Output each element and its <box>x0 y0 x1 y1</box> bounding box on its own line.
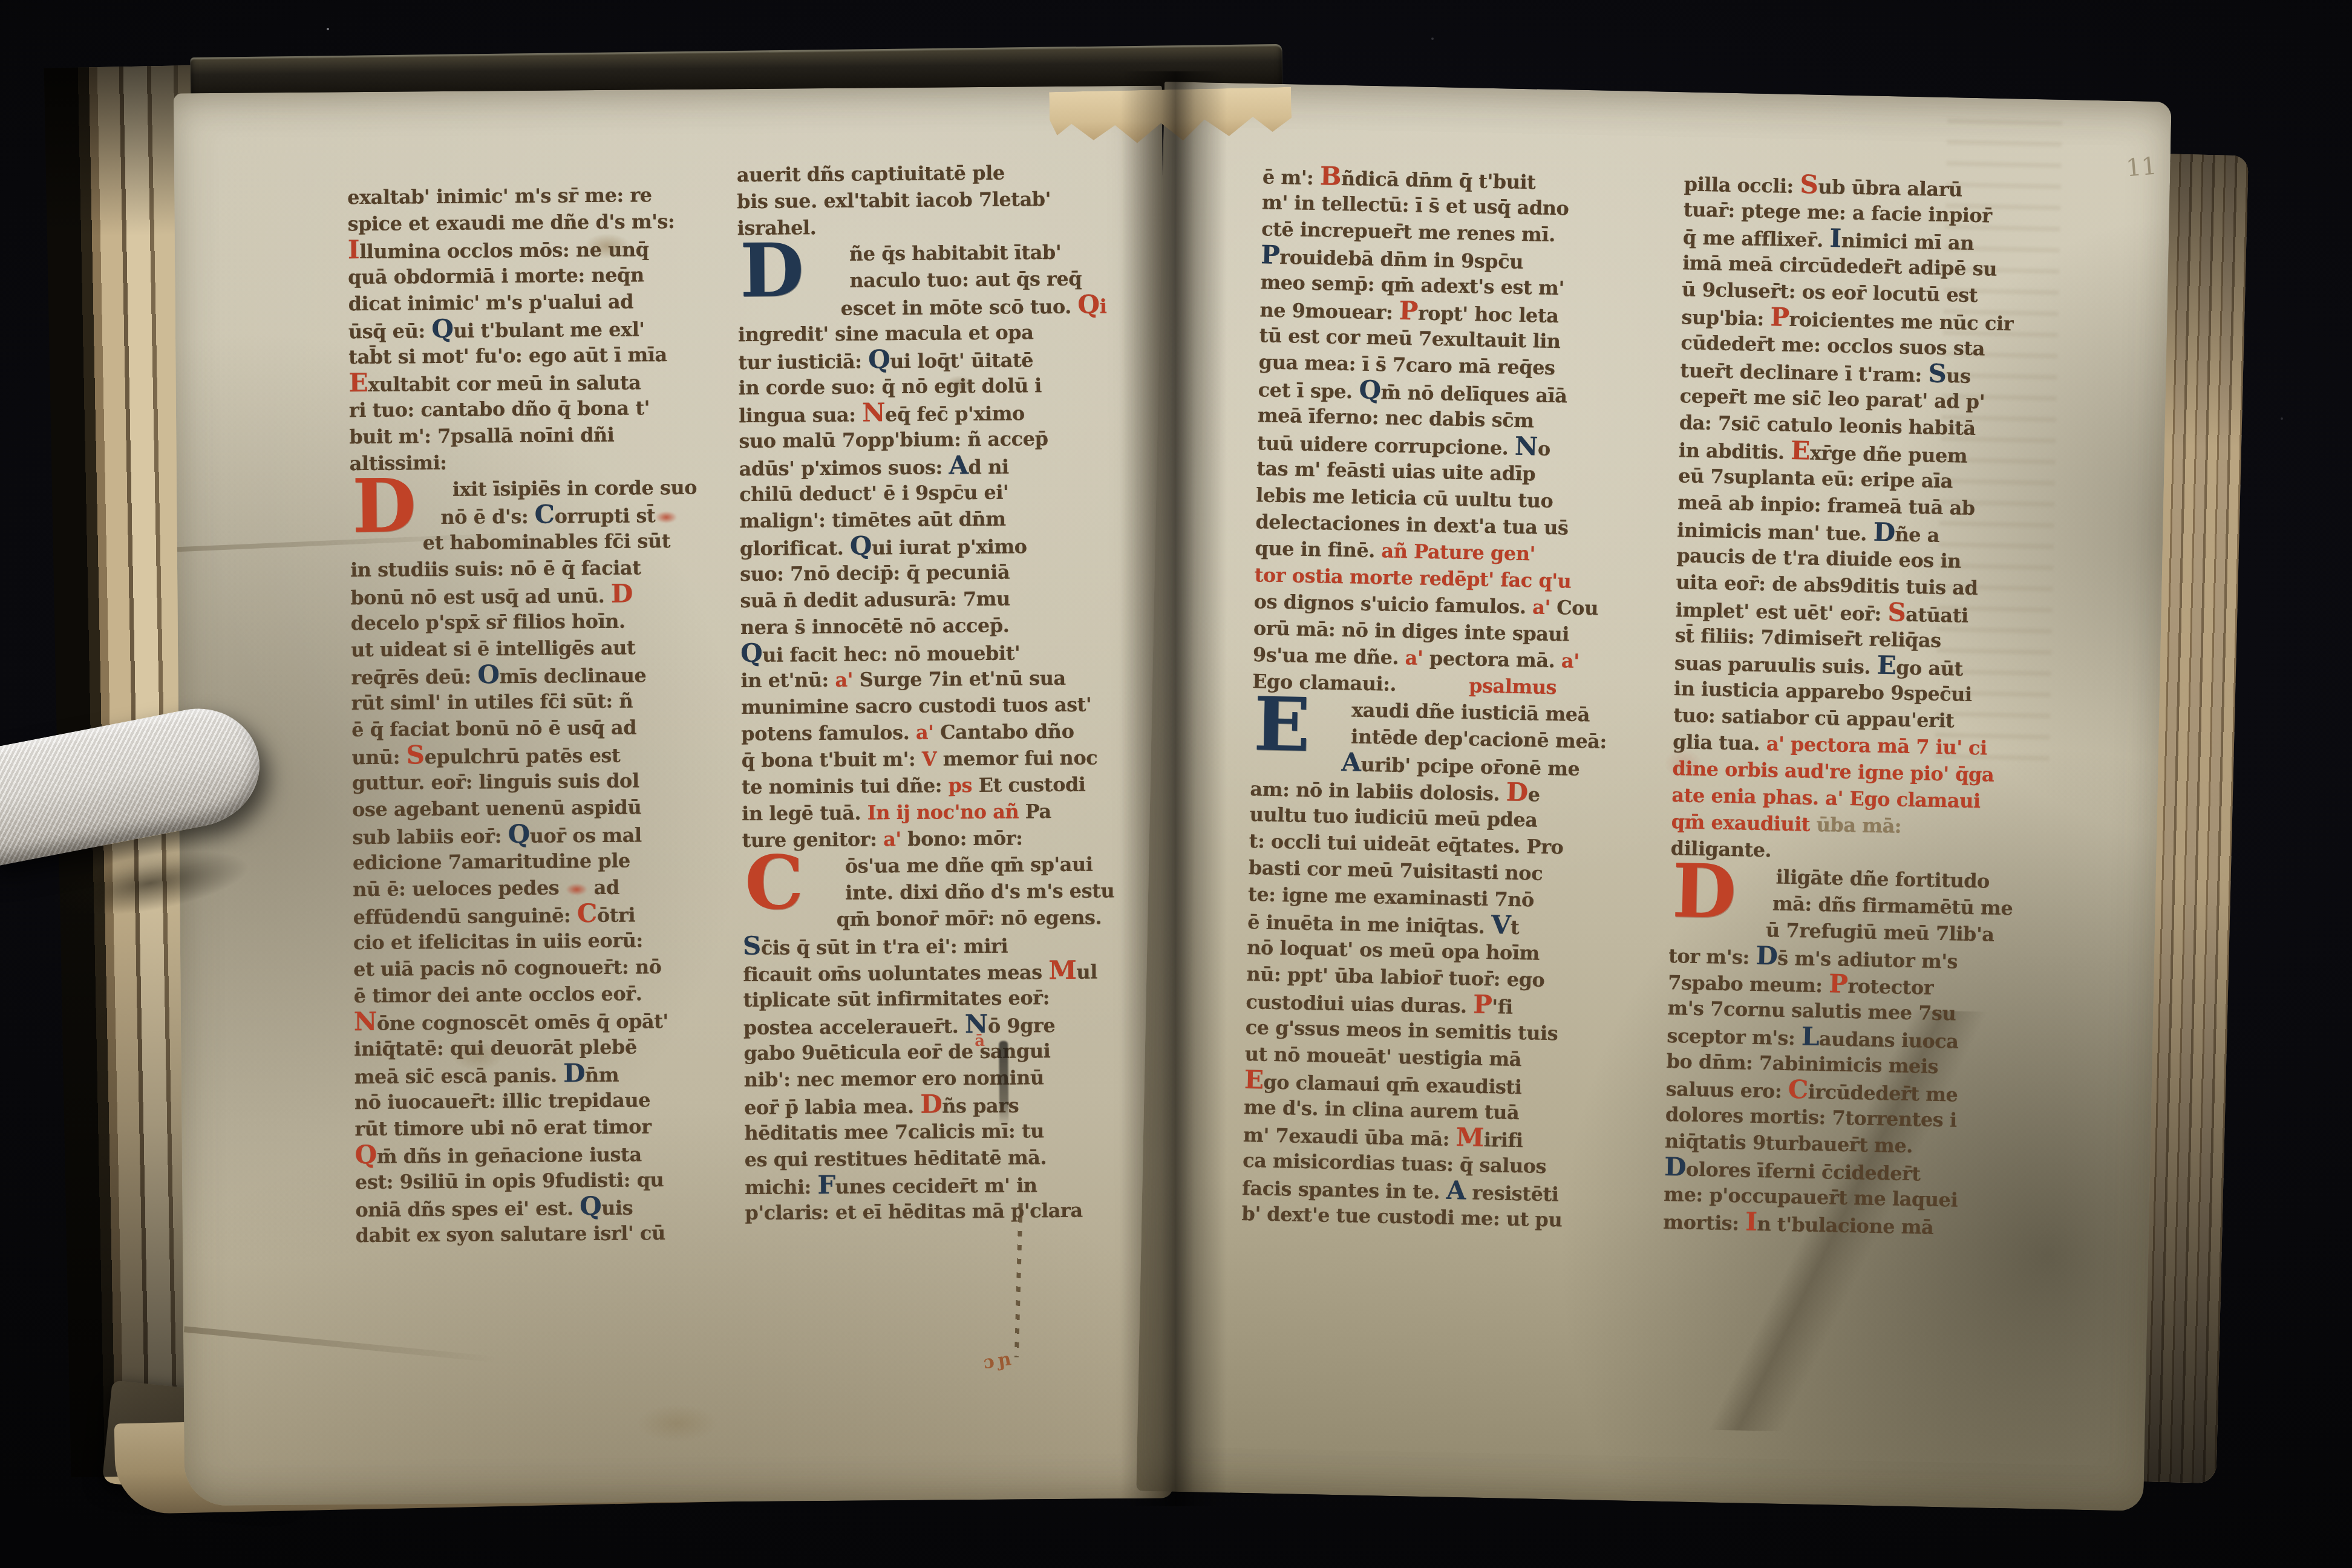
text-line: ingredit' sine macula et opa <box>738 318 1101 348</box>
text-run: d ni <box>968 456 1008 479</box>
right-page-column-1: Eē m': Bñdicā dn̄m q̄ t'buitm' in tellec… <box>1241 162 1632 1234</box>
text-run: I <box>348 235 360 264</box>
text-run: Cou <box>1557 596 1598 619</box>
text-run: ūsq̄ eū: <box>348 319 432 343</box>
text-run: t: occli tui uideāt eq̄tates. Pro <box>1249 829 1563 858</box>
text-run: saluus ero: <box>1665 1077 1788 1103</box>
text-run: tas m' feāsti uias uite adīp <box>1256 457 1536 485</box>
text-run: S <box>407 740 425 769</box>
text-run: buit m': 7psallā noīni dñi <box>349 423 614 448</box>
text-line: in corde suo: q̄ nō egit dolū i <box>739 371 1102 401</box>
text-run: B <box>1320 161 1342 191</box>
text-run: I <box>1745 1207 1757 1236</box>
text-run: ui t'bulant me exl' <box>453 318 644 342</box>
text-line: Illumina occlos mōs: ne unq̄ <box>348 235 699 264</box>
text-run: suo: 7nō decip̄: q̄ pecuniā <box>740 561 1010 586</box>
text-run: mīs declinaue <box>499 664 646 688</box>
text-run: audans iuoca <box>1819 1027 1959 1053</box>
text-run: cūdeder̄t me: occlos suos sta <box>1681 331 1985 360</box>
text-run: te: igne me examinasti 7nō <box>1248 883 1535 911</box>
text-run: ē timor dei ante occlos eor̄. <box>353 982 642 1007</box>
illuminated-initial-D: D <box>740 236 804 304</box>
text-run: bonū nō est usq̄ ad unū. <box>350 584 611 609</box>
text-run: S <box>1800 169 1818 200</box>
text-run: xultabit cor meū in saluta <box>368 371 641 396</box>
text-run: E <box>1244 1065 1263 1095</box>
text-run: escet in mōte scō tuo. <box>841 295 1078 320</box>
text-line: req̄rēs deū: Omīs declinaue <box>351 661 702 690</box>
text-run: q̄ me afflixer̄. <box>1683 226 1830 252</box>
text-run: ōtri <box>597 904 635 927</box>
text-line: dabit ex syon salutare isrl' cū <box>356 1220 707 1249</box>
text-run: tor m's: <box>1668 944 1756 969</box>
text-run: rotector <box>1847 975 1934 999</box>
text-line: suā n̄ dedit adusurā: 7mu <box>740 584 1103 614</box>
text-line: rūt timore ubi nō erat timor <box>354 1113 705 1143</box>
text-run: eor̄ p̄ labia mea. <box>744 1095 921 1119</box>
text-run: me d's. in clina aurem tuā <box>1244 1096 1520 1124</box>
text-run: naculo tuo: aut q̄s req̄ <box>849 267 1082 292</box>
text-run: M <box>1048 955 1076 985</box>
text-line: munimine sacro custodi tuos ast' <box>741 691 1104 720</box>
text-run: rūt timore ubi nō erat timor <box>354 1115 651 1140</box>
text-line: effūdendū sanguinē: Cōtri <box>353 900 704 930</box>
text-run: ū 7refugiū meū 7lib'a <box>1766 918 1994 946</box>
margin-red-mark: ā <box>975 1032 985 1050</box>
text-run: uita eor̄: de abs9ditis tuis ad <box>1676 570 1978 599</box>
text-line: lingua sua: Neq̄ fec̄ p'ximo <box>739 398 1102 428</box>
text-run: ceper̄t me sic̄ leo parat' ad p' <box>1679 384 1985 413</box>
text-run: tiplicate sūt infirmitates eor̄: <box>743 986 1050 1011</box>
left-page: Dexaltab' inimic' m's sr̄ me: respice et… <box>174 86 1173 1506</box>
text-run: nū ē: ueloces pedes <box>353 876 566 901</box>
text-line: potens famulos. a' Cantabo dño <box>741 717 1104 747</box>
text-run: tab̄t si mot' fu'o: ego aūt ī mīa <box>348 343 667 368</box>
text-run: ui iurat p'ximo <box>872 535 1027 559</box>
text-run: a' <box>1405 646 1429 670</box>
text-run: nō loquat' os meū opa hoīm <box>1247 936 1540 965</box>
text-line: malign': timētes aūt dn̄m <box>739 505 1102 534</box>
text-run: D <box>1873 517 1895 547</box>
text-run: ropt' hoc leta <box>1418 301 1559 327</box>
text-run: F <box>817 1170 835 1200</box>
text-run: oniā dñs spes ei' est. <box>355 1197 580 1221</box>
text-run: nū: ppt' ūba labior̄ tuor̄: ego <box>1246 962 1545 991</box>
text-run: ixit īsipiēs in corde suo <box>452 476 697 501</box>
text-run: ē inuēta in me iniq̄tas. <box>1247 910 1492 938</box>
text-run: lingua sua: <box>739 403 862 428</box>
text-run: P <box>1770 302 1789 332</box>
text-run: orū mā: nō in diges inte spaui <box>1253 616 1570 645</box>
text-run: V <box>922 747 943 770</box>
text-run: Et custodi <box>979 773 1086 797</box>
text-run: a' <box>1532 595 1557 619</box>
text-line: tiplicate sūt infirmitates eor̄: <box>743 984 1106 1013</box>
text-run: olores īferni c̄cideder̄t <box>1686 1158 1921 1186</box>
text-run: suas paruulis suis. <box>1674 652 1877 679</box>
text-run: bono: mōr: <box>907 826 1022 850</box>
text-run: m' 7exaudi ūba mā: <box>1243 1123 1456 1151</box>
right-page-column-2: Dpilla occli: Sub ūbra alarūtuar̄: ptege… <box>1663 169 2059 1241</box>
text-run: P <box>1261 240 1280 270</box>
text-run: ōne cognoscēt omēs q̄ opāt' <box>377 1010 668 1035</box>
text-run: nera s̄ innocētē nō accep̄. <box>740 614 1010 639</box>
text-run: D <box>611 579 633 609</box>
text-run: ō 9gre <box>988 1014 1056 1037</box>
text-run: que in finē. <box>1255 537 1382 562</box>
text-run: ē q̄ faciat bonū nō ē usq̄ ad <box>351 716 636 741</box>
text-line: iniq̄tatē: qui deuorāt plebē <box>354 1033 705 1063</box>
text-line: dicat inimic' m's p'ualui ad <box>348 288 699 318</box>
text-run: exaltab' inimic' m's sr̄ me: re <box>347 183 652 209</box>
text-run: A <box>1341 747 1361 777</box>
text-run: st̄ filiis: 7dimiser̄t reliq̄as <box>1674 624 1941 652</box>
text-run: ut nō moueāt' uestigia mā <box>1244 1042 1521 1071</box>
text-run: epulchrū patēs est <box>424 744 620 769</box>
text-run: C <box>535 500 555 529</box>
text-run: orrupti st̄ <box>555 504 656 528</box>
text-run: et uiā pacis nō cognouer̄t: nō <box>353 955 662 981</box>
text-run: N <box>862 397 885 427</box>
text-run: suā n̄ dedit adusurā: 7mu <box>740 587 1010 613</box>
text-run: in studiis suis: nō ē q̄ faciat <box>350 556 641 581</box>
text-run: ñdicā dn̄m q̄ t'buit <box>1341 167 1536 194</box>
text-run: Q <box>508 819 529 849</box>
text-run: ce g'ssus meos in semitis tuis <box>1245 1016 1558 1045</box>
text-run: adūs' p'ximos suos: <box>739 456 949 480</box>
text-run: i <box>1099 295 1106 318</box>
text-run: meā ab inpio: frameā tuā ab <box>1677 491 1975 520</box>
text-run: effūdendū sanguinē: <box>353 904 577 929</box>
text-line: ose agebant uenenū aspidū <box>352 794 703 823</box>
text-run: cet ī spe. <box>1258 378 1359 403</box>
text-run: quā obdormiā i morte: neq̄n <box>348 263 644 289</box>
text-line: in et'nū: a' Surge 7in et'nū sua <box>740 664 1103 694</box>
text-run: in iusticia apparebo 9spec̄ui <box>1674 677 1972 706</box>
text-run <box>1396 691 1469 692</box>
margin-ink-smudge <box>999 1041 1008 1126</box>
text-run: auerit dñs captiuitatē ple <box>737 162 1005 186</box>
text-run: uor̄ os mal <box>530 823 642 847</box>
text-line: ē q̄ faciat bonū nō ē usq̄ ad <box>351 714 702 743</box>
text-line: auerit dñs captiuitatē ple <box>737 158 1100 188</box>
text-line: suo: 7nō decip̄: q̄ pecuniā <box>740 558 1103 587</box>
text-run: nimici mī an <box>1841 229 1974 255</box>
text-line: michi: Funes cecider̄t m' in <box>745 1170 1108 1200</box>
text-run: rouidebā dn̄m in 9spc̄u <box>1279 246 1523 273</box>
text-run: psalmus <box>1469 674 1557 699</box>
text-run: E <box>1791 436 1810 466</box>
text-run: a' <box>835 668 859 691</box>
text-line: cio et ifelicitas in uiis eorū: <box>353 927 704 956</box>
text-run: S <box>743 931 761 961</box>
text-run: Pa <box>1025 800 1051 823</box>
text-run: Q <box>740 638 762 668</box>
text-line: eor̄ p̄ labia mea. Dñs pars <box>744 1090 1107 1120</box>
text-run: munimine sacro custodi tuos ast' <box>741 693 1092 719</box>
text-run: glorificat. <box>740 537 850 560</box>
text-run: custodiui uias duras. <box>1246 990 1474 1018</box>
text-run: spice et exaudi me dñe d's m's: <box>347 210 675 235</box>
text-run: edicione 7amaritudine ple <box>353 849 630 875</box>
text-run: qm̄ exaudiuit <box>1671 810 1817 836</box>
text-run: I <box>1829 223 1841 253</box>
text-run: os dignos s'uicio famulos. <box>1253 590 1532 618</box>
text-run: atūati <box>1906 603 1968 627</box>
text-line: oniā dñs spes ei' est. Quis <box>355 1193 706 1223</box>
text-run: delectaciones in dext'a tua us̄ <box>1255 510 1569 539</box>
text-line: exaltab' inimic' m's sr̄ me: re <box>347 181 698 211</box>
text-line: te nominis tui dñe: ps Et custodi <box>742 771 1105 800</box>
text-run: O <box>477 659 499 689</box>
dust-speck <box>1431 38 1434 40</box>
text-run: a' <box>883 828 907 851</box>
text-run: D <box>1506 777 1528 808</box>
text-run <box>566 883 587 895</box>
text-line: nū ē: ueloces pedes ad <box>353 874 704 903</box>
text-run <box>655 511 677 523</box>
text-run: In ij noc'no añ <box>867 800 1025 824</box>
text-run: e <box>1527 783 1540 806</box>
text-run: decelo p'spx̄ sr̄ filios hoīn. <box>351 610 626 635</box>
text-line: meā sic̄ escā panis. Dn̄m <box>354 1060 705 1089</box>
text-run: ub ūbra alarū <box>1818 175 1962 201</box>
text-run: xr̄ge dñe puem <box>1809 442 1967 468</box>
text-run: Cantabo dño <box>940 720 1074 744</box>
text-run: D <box>1756 941 1778 971</box>
text-run: uultu tuo iudiciū meū pdea <box>1249 803 1538 832</box>
text-run: cio et ifelicitas in uiis eorū: <box>353 929 643 954</box>
text-run: dabit ex syon salutare isrl' cū <box>356 1221 665 1247</box>
text-run: implet' est uēt' eor̄: <box>1675 598 1887 626</box>
text-run: a' <box>1561 649 1579 673</box>
text-run: in abditis. <box>1679 439 1791 464</box>
text-run: llumina occlos mōs: ne unq̄ <box>359 238 649 263</box>
text-run: bo dn̄m: 7abinimicis meis <box>1666 1050 1938 1078</box>
text-run: ē m': <box>1262 165 1320 189</box>
text-run: est: 9siliū in opis 9fudisti: qu <box>355 1168 664 1194</box>
text-line: glorificat. Qui iurat p'ximo <box>740 531 1103 561</box>
text-run: sceptor m's: <box>1667 1024 1802 1050</box>
text-run: ps <box>949 774 979 797</box>
text-run: in legē tuā. <box>742 801 867 825</box>
text-run: s̄ m's adiutor m's <box>1777 947 1958 973</box>
text-line: ut uideat si ē intelligēs aut <box>351 634 702 664</box>
text-run: ñe q̄s habitabit ītab' <box>849 241 1061 266</box>
text-line: q̄ bona t'buit m': V memor fui noc <box>741 744 1104 774</box>
text-run: meā sic̄ escā panis. <box>354 1063 563 1088</box>
text-run: E <box>1877 650 1896 681</box>
text-run: niq̄tatis 9turbauer̄t me. <box>1665 1129 1913 1157</box>
text-run: ūba mā: <box>1816 813 1901 838</box>
text-line: et uiā pacis nō cognouer̄t: nō <box>353 953 704 983</box>
text-run: m's 7cornu salutis mee 7su <box>1667 996 1956 1025</box>
text-run: N <box>354 1007 377 1036</box>
text-run: ad <box>587 876 619 899</box>
text-run: A <box>949 450 968 480</box>
text-run: us <box>1946 364 1971 388</box>
text-run: ōs'ua me dñe qm̄ sp'aui <box>845 853 1093 878</box>
text-run: S <box>1928 358 1947 388</box>
text-run: P <box>1473 990 1492 1020</box>
text-run: ū 9cluser̄t: os eor̄ locutū est <box>1682 278 1978 307</box>
text-run: sub labiis eor̄: <box>352 825 508 849</box>
text-run: gua mea: ī s̄ 7caro mā req̄es <box>1258 350 1555 379</box>
right-page: 11 Eē m': Bñdicā dn̄m q̄ t'buitm' in tel… <box>1136 82 2171 1511</box>
text-run: ui loq̄t' ūitatē <box>890 348 1033 373</box>
text-run: unes cecider̄t m' in <box>835 1174 1037 1198</box>
text-run: ate enia phas. a' Ego clamaui <box>1671 783 1981 812</box>
text-run: A <box>1446 1175 1466 1206</box>
text-run: ri tuo: cantabo dño q̄ bona t' <box>349 396 650 422</box>
text-line: p'claris: et eī hēditas mā p'clara <box>745 1197 1108 1226</box>
illuminated-initial-C: C <box>745 848 803 916</box>
text-run: ingredit' sine macula et opa <box>738 321 1034 346</box>
text-run: inimicis man' tue. <box>1677 518 1873 546</box>
text-run: L <box>1802 1021 1820 1051</box>
text-run: Q <box>1077 289 1099 319</box>
left-page-column-1: Dexaltab' inimic' m's sr̄ me: respice et… <box>347 181 707 1249</box>
text-run: tuar̄: ptege me: a facie inpior̄ <box>1684 198 1992 227</box>
text-run: suo malū 7opp'bium: ñ accep̄ <box>739 427 1048 452</box>
text-line: guttur. eor̄: linguis suis dol <box>352 767 703 797</box>
text-run: bis sue. exl'tabit iacob 7letab' <box>737 188 1051 213</box>
text-run: o <box>1538 437 1551 460</box>
text-run: pectora mā. <box>1429 647 1562 672</box>
text-run: da: 7sic̄ catulo leonis habitā <box>1679 411 1976 440</box>
text-run: eū 7suplanta eū: eripe aīa <box>1678 464 1953 492</box>
text-line: adūs' p'ximos suos: Ad ni <box>739 451 1102 481</box>
text-run: roicientes me nūc cir <box>1789 308 2013 335</box>
text-run: C <box>1788 1074 1808 1105</box>
text-run: añ Pature gen' <box>1381 539 1535 565</box>
text-run: nō ē d's: <box>440 505 535 529</box>
text-line: unū: Sepulchrū patēs est <box>351 740 702 770</box>
text-run: me: p'occupauer̄t me laquei <box>1664 1183 1958 1212</box>
text-run: urib' pcipe or̄onē me <box>1361 753 1580 780</box>
text-line: tur iusticiā: Qui loq̄t' ūitatē <box>738 345 1101 374</box>
text-run: M <box>1455 1122 1484 1152</box>
text-line: Qm̄ dñs in gen̄acione iusta <box>354 1140 705 1169</box>
text-run: c̄is q̄ sūt in t'ra ei': miri <box>761 935 1008 959</box>
text-run: memor fui noc <box>943 746 1098 770</box>
text-run: dolores mortis: 7torrentes i <box>1665 1103 1957 1132</box>
text-run: E <box>348 368 368 397</box>
text-run: ctē increpuer̄t me renes mī. <box>1261 217 1555 246</box>
text-run: tur iusticiā: <box>738 350 868 374</box>
text-run: dicat inimic' m's p'ualui ad <box>348 290 633 315</box>
text-line: spice et exaudi me dñe d's m's: <box>347 208 698 238</box>
text-run: facis spantes in te. <box>1242 1177 1446 1204</box>
text-run: m̄ dñs in gen̄acione iusta <box>377 1143 642 1168</box>
text-line: bonū nō est usq̄ ad unū. D <box>350 581 701 610</box>
text-run: basti cor meū 7uisitasti noc <box>1249 856 1543 885</box>
text-run: guttur. eor̄: linguis suis dol <box>352 769 639 794</box>
text-run: n t'bulacione mā <box>1757 1212 1934 1239</box>
text-run: iligāte dñe fortitudo <box>1775 866 1990 893</box>
text-run: ose agebant uenenū aspidū <box>352 795 641 821</box>
text-run: glia tua. <box>1673 730 1766 755</box>
text-run: Q <box>868 344 890 374</box>
left-page-column-2: DCauerit dñs captiuitatē plebis sue. exl… <box>737 158 1108 1226</box>
folio-number: 11 <box>2125 152 2158 182</box>
text-run: imā meā circūdeder̄t adipē su <box>1682 251 1998 280</box>
text-line: sub labiis eor̄: Quor̄ os mal <box>352 820 703 850</box>
quire-signature-mark: ɔɲ <box>982 1348 1016 1373</box>
text-run: Q <box>354 1140 376 1169</box>
text-run: a' <box>916 721 940 744</box>
text-run: postea accelerauer̄t. <box>743 1014 965 1039</box>
text-run: paucis de t'ra diuide eos in <box>1676 544 1961 572</box>
text-run: ficauit om̄s uoluntates meas <box>743 961 1048 986</box>
text-run: tuo: satiabor cū appau'erit <box>1673 704 1955 732</box>
text-run: b' dext'e tue custodi me: ut pu <box>1241 1202 1562 1232</box>
text-run: S <box>1887 597 1906 627</box>
text-run: mortis: <box>1663 1210 1746 1235</box>
text-run: m' in tellectū: ī s̄ et usq̄ adno <box>1262 191 1569 220</box>
text-run: 9s'ua me dñe. <box>1253 643 1406 669</box>
text-run: ui facit hec: nō mouebit' <box>762 641 1020 666</box>
text-run: xaudi dñe iusticiā meā <box>1351 698 1590 726</box>
illuminated-initial-E: E <box>1253 690 1311 759</box>
text-line: es qui restitues hēditatē mā. <box>745 1143 1108 1173</box>
text-run: chilū deduct' ē i 9spc̄u ei' <box>739 481 1008 506</box>
text-run: dine orbis aud're igne pio' q̄ga <box>1672 757 1994 786</box>
text-run: lebis me leticia cū uultu tuo <box>1256 483 1553 512</box>
text-run: Q <box>580 1191 601 1221</box>
text-line: Qui facit hec: nō mouebit' <box>740 638 1103 667</box>
text-run: D <box>563 1058 585 1088</box>
text-run: ul <box>1076 961 1097 984</box>
dust-speck <box>2281 417 2283 420</box>
text-line: bis sue. exl'tabit iacob 7letab' <box>737 185 1100 215</box>
text-run: iniq̄tatē: qui deuorāt plebē <box>354 1035 637 1060</box>
text-run: michi: <box>745 1175 818 1199</box>
text-run: p'claris: et eī hēditas mā p'clara <box>745 1199 1082 1224</box>
text-run: req̄rēs deū: <box>351 665 477 690</box>
text-run: inte. dixi dño d's m's estu <box>845 879 1114 904</box>
text-run: 'fi <box>1492 995 1513 1019</box>
dust-speck <box>327 28 329 30</box>
text-line: postea accelerauer̄t. Nō 9gre <box>743 1010 1106 1040</box>
parchment-stain <box>619 1396 735 1451</box>
text-run: eq̄ fec̄ p'ximo <box>885 402 1025 426</box>
text-run: mā: dñs firmamētū me <box>1772 892 2013 920</box>
text-line: est: 9siliū in opis 9fudisti: qu <box>355 1166 706 1196</box>
text-run: m̄ nō delīques aīā <box>1380 381 1567 407</box>
text-run: ca misicordias tuas: q̄ saluos <box>1243 1149 1547 1178</box>
text-run: ircūdeder̄t me <box>1808 1080 1958 1106</box>
text-run: C <box>577 898 597 928</box>
text-line: quā obdormiā i morte: neq̄n <box>348 261 699 291</box>
text-run: ut uideat si ē intelligēs aut <box>351 636 635 661</box>
text-run: sup'bia: <box>1681 305 1771 330</box>
text-line: hēditatis mee 7calicis mī: tu <box>744 1117 1107 1146</box>
text-run: rūt siml' in utiles fc̄i sūt: ñ <box>351 690 633 715</box>
text-line: nera s̄ innocētē nō accep̄. <box>740 611 1103 641</box>
text-run: potens famulos. <box>741 721 916 745</box>
text-run: in corde suo: q̄ nō egit dolū i <box>739 374 1042 399</box>
text-line: edicione 7amaritudine ple <box>353 847 704 877</box>
text-line: ficauit om̄s uoluntates meas Mul <box>743 957 1106 987</box>
text-run: nō iuocauer̄t: illic trepidaue <box>354 1088 650 1114</box>
text-line: in studiis suis: nō ē q̄ faciat <box>350 554 701 584</box>
text-run: V <box>1491 910 1511 940</box>
text-run: meo semp̄: qm̄ adext's est m' <box>1260 270 1564 299</box>
text-run: ñe a <box>1895 523 1939 546</box>
text-run: intēde dep'cacionē meā: <box>1351 725 1607 753</box>
text-run: tor ostia morte redēpt' fac q'u <box>1254 563 1571 593</box>
